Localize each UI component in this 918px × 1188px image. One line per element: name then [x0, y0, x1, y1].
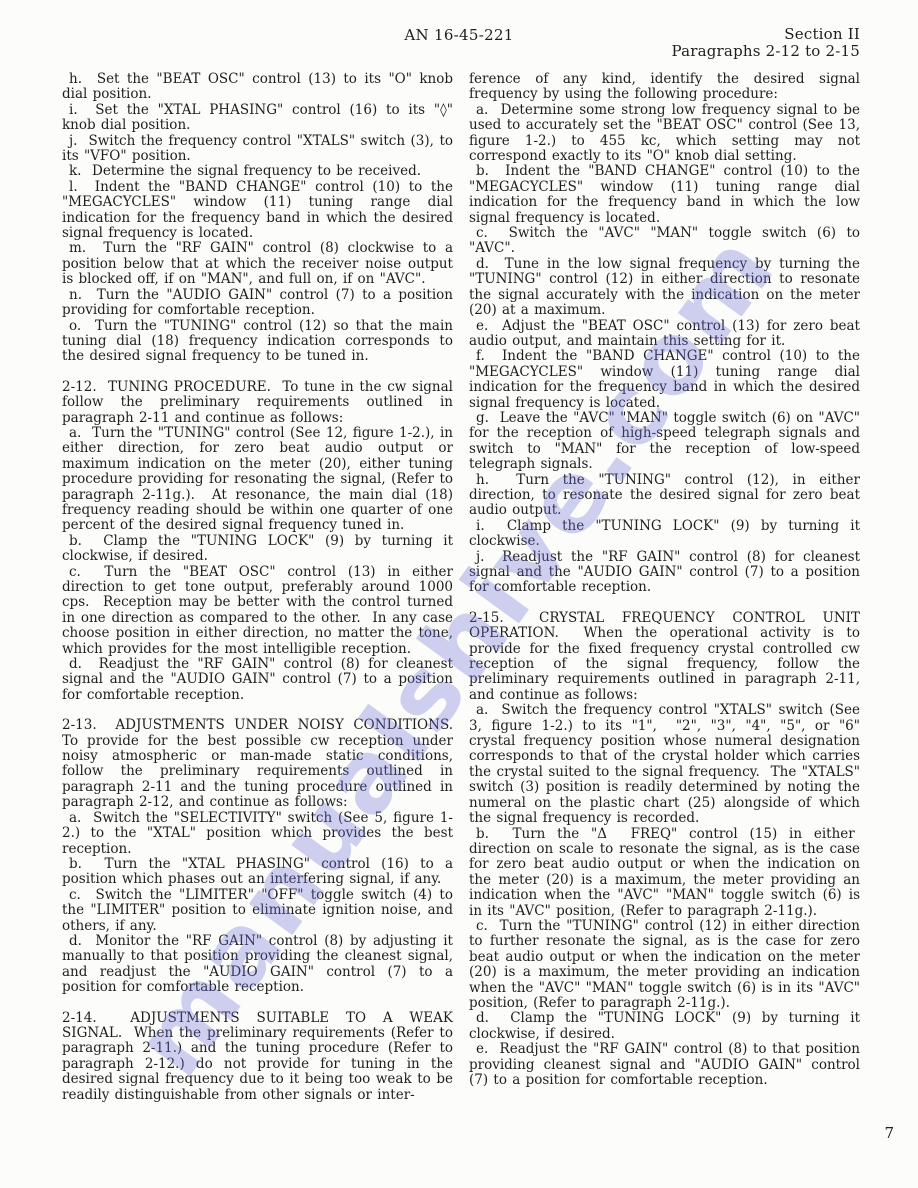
step-2-13-a: a. Switch the "SELECTIVITY" switch (See …	[62, 811, 453, 857]
step-n: n. Turn the "AUDIO GAIN" control (7) to …	[62, 288, 453, 319]
section-2-13: 2-13. ADJUSTMENTS UNDER NOISY CONDITIONS…	[62, 718, 453, 810]
step-2-12-a: a. Turn the "TUNING" control (See 12, fi…	[62, 426, 453, 534]
step-2-14-j: j. Readjust the "RF GAIN" control (8) fo…	[469, 550, 860, 596]
section-2-15: 2-15. CRYSTAL FREQUENCY CONTROL UNIT OPE…	[469, 611, 860, 703]
step-2-15-e: e. Readjust the "RF GAIN" control (8) to…	[469, 1042, 860, 1088]
step-2-14-i: i. Clamp the "TUNING LOCK" (9) by turnin…	[469, 519, 860, 550]
step-j: j. Switch the frequency control "XTALS" …	[62, 134, 453, 165]
left-column: h. Set the "BEAT OSC" control (13) to it…	[62, 72, 453, 1103]
section-2-14-continuation: ference of any kind, identify the desire…	[469, 72, 860, 103]
step-o: o. Turn the "TUNING" control (12) so tha…	[62, 319, 453, 365]
step-2-15-d: d. Clamp the "TUNING LOCK" (9) by turnin…	[469, 1011, 860, 1042]
step-2-14-a: a. Determine some strong low frequency s…	[469, 103, 860, 165]
step-2-14-h: h. Turn the "TUNING" control (12), in ei…	[469, 473, 860, 519]
step-2-15-c: c. Turn the "TUNING" control (12) in eit…	[469, 919, 860, 1011]
section-label: Section II	[671, 26, 860, 43]
document-page: AN 16-45-221 Section II Paragraphs 2-12 …	[0, 0, 918, 1188]
step-2-14-f: f. Indent the "BAND CHANGE" control (10)…	[469, 349, 860, 411]
step-m: m. Turn the "RF GAIN" control (8) clockw…	[62, 241, 453, 287]
paragraph-range-label: Paragraphs 2-12 to 2-15	[671, 43, 860, 60]
step-2-14-e: e. Adjust the "BEAT OSC" control (13) fo…	[469, 319, 860, 350]
step-2-12-c: c. Turn the "BEAT OSC" control (13) in e…	[62, 565, 453, 657]
step-2-14-d: d. Tune in the low signal frequency by t…	[469, 257, 860, 319]
step-h: h. Set the "BEAT OSC" control (13) to it…	[62, 72, 453, 103]
step-2-12-b: b. Clamp the "TUNING LOCK" (9) by turnin…	[62, 534, 453, 565]
step-2-13-c: c. Switch the "LIMITER" "OFF" toggle swi…	[62, 888, 453, 934]
step-2-14-c: c. Switch the "AVC" "MAN" toggle switch …	[469, 226, 860, 257]
section-2-12: 2-12. TUNING PROCEDURE. To tune in the c…	[62, 380, 453, 426]
step-i: i. Set the "XTAL PHASING" control (16) t…	[62, 103, 453, 134]
step-2-13-b: b. Turn the "XTAL PHASING" control (16) …	[62, 857, 453, 888]
step-k: k. Determine the signal frequency to be …	[62, 164, 453, 179]
step-l: l. Indent the "BAND CHANGE" control (10)…	[62, 180, 453, 242]
step-2-15-b: b. Turn the "Δ FREQ" control (15) in eit…	[469, 827, 860, 919]
step-2-13-d: d. Monitor the "RF GAIN" control (8) by …	[62, 934, 453, 996]
step-2-12-d: d. Readjust the "RF GAIN" control (8) fo…	[62, 657, 453, 703]
step-2-14-b: b. Indent the "BAND CHANGE" control (10)…	[469, 164, 860, 226]
section-2-14: 2-14. ADJUSTMENTS SUITABLE TO A WEAK SIG…	[62, 1011, 453, 1103]
page-number: 7	[884, 1124, 894, 1142]
step-2-14-g: g. Leave the "AVC" "MAN" toggle switch (…	[469, 411, 860, 473]
body-columns: h. Set the "BEAT OSC" control (13) to it…	[62, 72, 860, 1103]
step-2-15-a: a. Switch the frequency control "XTALS" …	[469, 703, 860, 826]
header-right-block: Section II Paragraphs 2-12 to 2-15	[671, 26, 860, 60]
right-column: ference of any kind, identify the desire…	[469, 72, 860, 1103]
